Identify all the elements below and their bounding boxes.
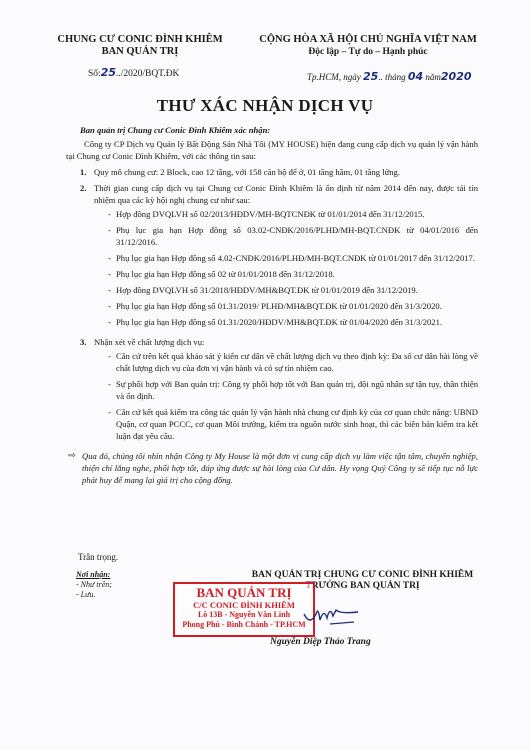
date-day: 25 xyxy=(363,70,378,83)
contract-item: -Phụ lục gia hạn Hợp đồng số 03.02-CNĐK/… xyxy=(94,224,478,248)
recipients-label: Nơi nhận: xyxy=(76,570,112,580)
stamp-line-4: Phong Phú - Bình Chánh - TP.HCM xyxy=(175,620,313,630)
contract-text: Phụ lục gia hạn Hợp đồng số 01.31/2019/ … xyxy=(116,300,478,312)
date-year: 2020 xyxy=(441,70,472,83)
item-scale: 1. Quy mô chung cư: 2 Block, cao 12 tầng… xyxy=(80,166,478,178)
stamp-line-2: C/C CONIC ĐÌNH KHIÊM xyxy=(175,600,313,610)
document-number: Số:25../2020/BQT.ĐK xyxy=(88,66,179,79)
contract-item: -Phụ lục gia hạn Hợp đồng số 4.02-CNĐK/2… xyxy=(94,252,478,264)
recipients-block: Nơi nhận: - Như trên; - Lưu. xyxy=(76,570,112,600)
item-service-period: 2. Thời gian cung cấp dịch vụ tại Chung … xyxy=(80,182,478,332)
item-text: Quy mô chung cư: 2 Block, cao 12 tầng, v… xyxy=(94,166,478,178)
national-motto: Độc lập – Tự do – Hạnh phúc xyxy=(248,46,488,58)
contract-item: -Phụ lục gia hạn Hợp đồng số 02 từ 01/01… xyxy=(94,268,478,280)
recipient-item: - Lưu. xyxy=(76,590,112,600)
arrow-right-icon: ⇨ xyxy=(68,450,82,486)
contract-item: -Phụ lục gia hạn Hợp đồng số 01.31/2019/… xyxy=(94,300,478,312)
closing-regards: Trân trọng. xyxy=(78,552,118,562)
contract-text: Phụ lục gia hạn Hợp đồng số 03.02-CNĐK/2… xyxy=(116,224,478,248)
remark-item: -Căn cứ kết quả kiểm tra công tác quản l… xyxy=(94,406,478,442)
item-text: Thời gian cung cấp dịch vụ tại Chung cư … xyxy=(94,182,478,206)
item-quality-remarks: 3. Nhận xét về chất lượng dịch vụ: -Căn … xyxy=(80,336,478,446)
contract-text: Phụ lục gia hạn Hợp đồng số 4.02-CNĐK/20… xyxy=(116,252,478,264)
date-line: Tp.HCM, ngày 25.. tháng 04 năm2020 xyxy=(307,70,472,83)
item-number: 1. xyxy=(80,166,94,178)
remark-text: Căn cứ kết quả kiểm tra công tác quản lý… xyxy=(116,406,478,442)
date-month: 04 xyxy=(408,70,423,83)
contract-item: -Hợp đồng DVQLVH số 31/2018/HĐDV/MH&BQT.… xyxy=(94,284,478,296)
contract-list: -Hợp đồng DVQLVH số 02/2013/HĐDV/MH-BQTC… xyxy=(94,208,478,328)
signer-name: Nguyễn Diệp Thảo Trang xyxy=(270,637,371,647)
remark-text: Căn cứ trên kết quả khảo sát ý kiến cư d… xyxy=(116,350,478,374)
item-number: 3. xyxy=(80,336,94,446)
date-year-label: năm xyxy=(423,72,441,82)
contract-text: Hợp đồng DVQLVH số 31/2018/HĐDV/MH&BQT.Đ… xyxy=(116,284,478,296)
official-stamp: BAN QUẢN TRỊ C/C CONIC ĐÌNH KHIÊM Lô 13B… xyxy=(173,582,315,637)
issuer-dept: BAN QUẢN TRỊ xyxy=(40,46,240,58)
doc-no-handwritten: 25 xyxy=(101,66,116,79)
issuer-header: CHUNG CƯ CONIC ĐÌNH KHIÊM BAN QUẢN TRỊ xyxy=(40,34,240,58)
remark-item: -Căn cứ trên kết quả khảo sát ý kiến cư … xyxy=(94,350,478,374)
issuer-org: CHUNG CƯ CONIC ĐÌNH KHIÊM xyxy=(40,34,240,46)
signing-org: BAN QUẢN TRỊ CHUNG CƯ CONIC ĐÌNH KHIÊM xyxy=(225,570,500,581)
lead-statement: Ban quản trị Chung cư Conic Đình Khiêm x… xyxy=(80,124,478,136)
contract-text: Phụ lục gia hạn Hợp đồng số 02 từ 01/01/… xyxy=(116,268,478,280)
recipient-item: - Như trên; xyxy=(76,580,112,590)
contract-item: -Phụ lục gia hạn Hợp đồng số 01.31/2020/… xyxy=(94,316,478,328)
document-page: CHUNG CƯ CONIC ĐÌNH KHIÊM BAN QUẢN TRỊ S… xyxy=(0,0,530,750)
doc-no-suffix: ../2020/BQT.ĐK xyxy=(116,69,179,79)
doc-no-prefix: Số: xyxy=(88,69,101,79)
stamp-line-1: BAN QUẢN TRỊ xyxy=(175,585,313,600)
contract-text: Phụ lục gia hạn Hợp đồng số 01.31/2020/H… xyxy=(116,316,478,328)
document-title: THƯ XÁC NHẬN DỊCH VỤ xyxy=(0,96,530,116)
country-name: CỘNG HÒA XÃ HỘI CHỦ NGHĨA VIỆT NAM xyxy=(248,34,488,46)
conclusion-text: Qua đó, chúng tôi nhìn nhận Công ty My H… xyxy=(82,450,478,486)
item-number: 2. xyxy=(80,182,94,332)
national-header: CỘNG HÒA XÃ HỘI CHỦ NGHĨA VIỆT NAM Độc l… xyxy=(248,34,488,58)
signature-icon xyxy=(300,600,360,630)
intro-paragraph: Công ty CP Dịch vụ Quản lý Bất Động Sản … xyxy=(66,138,478,162)
stamp-line-3: Lô 13B - Nguyễn Văn Linh xyxy=(175,610,313,620)
remark-item: -Sự phối hợp với Ban quản trị: Công ty p… xyxy=(94,378,478,402)
remark-list: -Căn cứ trên kết quả khảo sát ý kiến cư … xyxy=(94,350,478,442)
contract-item: -Hợp đồng DVQLVH số 02/2013/HĐDV/MH-BQTC… xyxy=(94,208,478,220)
date-month-label: .. tháng xyxy=(378,72,408,82)
document-body: Ban quản trị Chung cư Conic Đình Khiêm x… xyxy=(80,124,478,486)
contract-text: Hợp đồng DVQLVH số 02/2013/HĐDV/MH-BQTCN… xyxy=(116,208,478,220)
conclusion-paragraph: ⇨ Qua đó, chúng tôi nhìn nhận Công ty My… xyxy=(80,450,478,486)
date-place: Tp.HCM, ngày xyxy=(307,72,363,82)
remark-text: Sự phối hợp với Ban quản trị: Công ty ph… xyxy=(116,378,478,402)
item-text: Nhận xét về chất lượng dịch vụ: xyxy=(94,336,478,348)
